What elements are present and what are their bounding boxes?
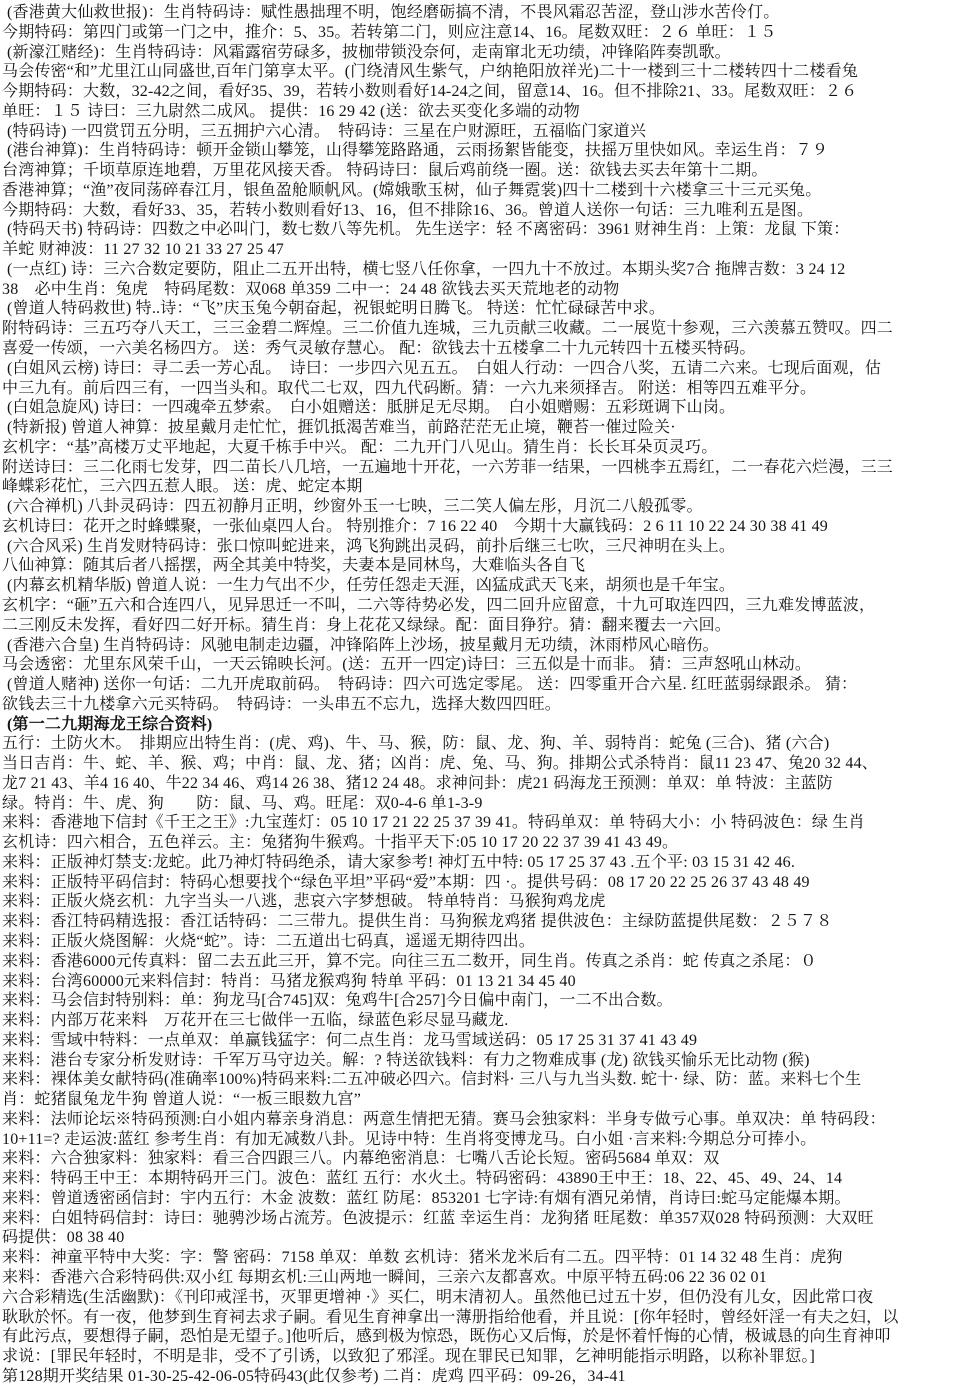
text-line: 来料：神童平特中大奖：字：警 密码：7158 单双：单数 玄机诗：猪米龙米后有二…	[2, 1248, 965, 1268]
text-line: 六合彩精选(生活幽默)：《刊印戒淫书，灭罪更增神 ·》买仁，明末清初人。虽然他已…	[2, 1288, 965, 1308]
text-line: 峰蝶彩花忙，三六四五惹人眼。 送：虎、蛇定本期	[2, 477, 965, 497]
text-line: 今期特码：大数，看好33、35，若转小数则看好13、16，但不排除16、36。曾…	[2, 201, 965, 221]
text-line: 马会透密：尤里东风荣千山，一天云锦映长河。(送：五开一四定)诗曰：三五似是十而非…	[2, 655, 965, 675]
text-line: 来料：特码王中王：本期特码开三门。波色：蓝红 五行：水火土。特码密码：43890…	[2, 1169, 965, 1189]
text-line: 来料：曾道透密函信封：宇内五行：木金 波数：蓝红 防尾：853201 七字诗:有…	[2, 1189, 965, 1209]
text-line: 来料：正版火烧图解：火烧“蛇”。诗：二五道出七码真，遥遥无期待四出。	[2, 932, 965, 952]
text-line: (白姐风云榜) 诗曰：寻二丢一芳心乱。 诗曰：一步四六见五五。 白姐人行动：一四…	[2, 359, 965, 379]
text-line: 当日吉肖：牛、蛇、羊、猴、鸡；中肖：鼠、龙、猪；凶肖：虎、兔、马、狗。排期公式杀…	[2, 754, 965, 774]
text-line: 来料：正版神灯禁支:龙蛇。此乃神灯特码绝杀，请大家参考! 神灯五中特: 05 1…	[2, 853, 965, 873]
text-line: 来料：正版特平码信封：特码心想要找个“绿色平坦”平码“爱”本期：四 ·。提供号码…	[2, 873, 965, 893]
text-line: 来料：白姐特码信封：诗曰：驰骋沙场占流芳。色波提示：红蓝 幸运生肖：龙狗猪 旺尾…	[2, 1209, 965, 1229]
text-line: 香港神算；“渔”夜同荡碎春江月，银鱼盈舱顺帆风。(嫦娥歌玉树，仙子舞霓裳)四十二…	[2, 181, 965, 201]
text-line: 喜爱一传颂，一六美名杨四方。 送：秀气灵敏存慧心。 配：欲钱去十五楼拿二十九元转…	[2, 339, 965, 359]
text-line: 耿耿於怀。有一夜，他梦到生育祠去求子嗣。看见生育神拿出一薄册指给他看，并且说：[…	[2, 1308, 965, 1328]
text-line: (特新报) 曾道人神算：披星戴月走忙忙，捱饥抵渴苦难当，前路茫茫无止境，鞭苔一催…	[2, 418, 965, 438]
text-line: (香港黄大仙救世报)：生肖特码诗：赋性愚拙理不明，饱经磨砺搞不清，不畏风霜忍苦涩…	[2, 3, 965, 23]
text-line: 玄机诗曰：花开之时蜂蝶聚，一张仙桌四人台。 特别推介：7 16 22 40 今期…	[2, 517, 965, 537]
text-line: (第一二九期海龙王综合资料)	[2, 715, 965, 735]
text-line: 求说：[罪民年轻时，不明是非，受不了引诱，以致犯了邪淫。现在罪民已知罪，乞神明能…	[2, 1347, 965, 1367]
text-line: (内幕玄机精华版) 曾道人说：一生力气出不少，任劳任怨走天涯，凶猛成武天飞来，胡…	[2, 576, 965, 596]
text-line: 码提供：08 38 40	[2, 1228, 965, 1248]
text-line: 来料：香港六合彩特码供:双小红 每期玄机:三山两地一瞬间，三亲六友都喜欢。中原平…	[2, 1268, 965, 1288]
text-line: (新濠江赌经)：生肖特码诗：风霜露宿劳碌多，披枷带锁没奈何，走南窜北无功绩，冲锋…	[2, 43, 965, 63]
text-line: 来料：香港6000元传真料：留二去五此三开，算不完。向往三五二数开，同生肖。传真…	[2, 952, 965, 972]
text-line: (一点红) 诗：三六合数定要防，阻止二五开出特，横七竖八任你拿，一四九十不放过。…	[2, 260, 965, 280]
text-line: 玄机字：“砸”五六和合连四八，见异思迁一不叫，二六等待势必发，四二回升应留意，十…	[2, 596, 965, 616]
text-line: (特码天书) 特码诗：四数之中必叫门，数七数八等先机。 先生送字：轻 不离密码：…	[2, 220, 965, 240]
text-line: 附送诗曰：三二化雨七发芽，四二苗长八几培，一五遍地十开花，一六芳菲一结果，一四桃…	[2, 458, 965, 478]
text-line: 附特码诗：三五巧夺八天工，三三金碧二辉煌。三二价值九连城，三九贡献三收藏。二一展…	[2, 319, 965, 339]
text-line: 来料：裸体美女献特码(准确率100%)特码来料:二五冲破必四六。信封料· 三八与…	[2, 1070, 965, 1090]
text-line: 台湾神算；千顷草原连地碧，万里花风接天香。 特码诗曰：鼠后鸡前绕一圈。送：欲钱去…	[2, 161, 965, 181]
text-line: 马会传密“和”尤里江山同盛世,百年门第享太平。(门绕清风生紫气，户纳艳阳放祥光)…	[2, 62, 965, 82]
text-line: 今期特码：大数，32-42之间，看好35、39，若转小数则看好14-24之间，留…	[2, 82, 965, 102]
text-line: 来料：香港地下信封《千王之王》:九宝莲灯：05 10 17 21 22 25 3…	[2, 813, 965, 833]
text-line: 来料：正版火烧玄机：九字当头一八逃，悲哀六字梦想破。 特单特肖：马猴狗鸡龙虎	[2, 892, 965, 912]
text-line: 八仙神算：随其后者八摇摆，两全其美中特奖，夫妻本是同林鸟，大难临头各自飞	[2, 556, 965, 576]
text-line: 玄机诗：四六相合，五色祥云。主：兔猪狗牛猴鸡。十指平天下:05 10 17 20…	[2, 833, 965, 853]
text-line: 有此污点，要想得子嗣，恐怕是无望子。]他听后，感到极为惊恐，既伤心又后悔，於是怀…	[2, 1327, 965, 1347]
text-line: 中三九有。前后四三有，一四当头和。取代二七双，四九代码断。猜：一六九来须择吉。 …	[2, 379, 965, 399]
text-line: (曾道人特码救世) 特..诗：“飞”庆玉兔今朝奋起，祝银蛇明日腾飞。 特送：忙忙…	[2, 299, 965, 319]
text-line: (香港六合皇) 生肖特码诗：风驰电制走边疆，冲锋陷阵上沙场，披星戴月无功绩，沐雨…	[2, 636, 965, 656]
text-line: 来料：六合独家料：独家料：看三合四跟三八。内幕绝密消息：七嘴八舌论长短。密码56…	[2, 1149, 965, 1169]
draw-result-line: 第128期开奖结果 01-30-25-42-06-05特码43(此仅参考) 二肖…	[2, 1367, 965, 1387]
text-line: 玄机字：“基”高楼万丈平地起，大夏千栋手中兴。 配：二九开门八见山。猜生肖：长长…	[2, 438, 965, 458]
text-line: 龙7 21 43、羊4 16 40、牛22 34 46、鸡14 26 38、猪1…	[2, 774, 965, 794]
text-line: 10+11=? 走运波:蓝红 参考生肖：有加无减数八卦。见诗中特：生肖将变博龙马…	[2, 1130, 965, 1150]
text-line: 来料：台湾60000元来料信封：特肖：马猪龙猴鸡狗 特单 平码：01 13 21…	[2, 972, 965, 992]
text-line: (六合风采) 生肖发财特码诗：张口惊叫蛇进来，鸿飞狗跳出灵码，前扑后继三七吹，三…	[2, 537, 965, 557]
text-line: 38 必中生肖：兔虎 特码尾数：双068 单359 二中一：24 48 欲钱去买…	[2, 280, 965, 300]
text-line: (白姐急旋风) 诗曰：一四魂牵五梦索。 白小姐赠送：胝胼足无尽期。 白小姐赠赐：…	[2, 398, 965, 418]
text-line: (特码诗) 一四赏罚五分明，三五拥护六心清。 特码诗：三星在户财源旺，五福临门家…	[2, 122, 965, 142]
text-line: 二三刚反未发挥，看好四二好开标。猜生肖：身上花花又绿绿。配：面目狰狞。猜：翻来覆…	[2, 616, 965, 636]
text-line: 今期特码：第四门或第一门之中，推介：5、35。若转第二门，则应注意14、16。尾…	[2, 23, 965, 43]
text-line: 来料：内部万花来料 万花开在三七做伴一五临，绿蓝色彩尽显马藏龙.	[2, 1011, 965, 1031]
text-line: 来料：香江特码精选报：香江话特码：二三带九。提供生肖：马狗猴龙鸡猪 提供波色：主…	[2, 912, 965, 932]
text-line: 五行：土防火木。 排期应出特生肖：(虎、鸡)、牛、马、猴，防：鼠、龙、狗、羊、弱…	[2, 734, 965, 754]
text-line: 来料：马会信封特别料：单：狗龙马[合745]双：兔鸡牛[合257]今日偏中南门，…	[2, 991, 965, 1011]
text-line: 欲钱去三十九楼拿六元买特码。 特码诗：一头串五不忘九，选择大数四四旺。	[2, 695, 965, 715]
text-line: 羊蛇 财神波：11 27 32 10 21 33 27 25 47	[2, 240, 965, 260]
text-line: 肖：蛇猪鼠兔龙牛狗 曾道人说：“一板三眼数九宫”	[2, 1090, 965, 1110]
text-line: 来料：雪域中特料：一点单双：单赢钱猛字：何二点生肖：龙马雪域送码：05 17 2…	[2, 1031, 965, 1051]
text-line: 单旺：１５ 诗曰：三九尉然二成风。 提供：16 29 42 (送：欲去买变化多端…	[2, 102, 965, 122]
text-line: (港台神算)：生肖特码诗：顿开金锁山攀笼，山得攀笼路路通，云雨扬絮皆能变，扶摇万…	[2, 141, 965, 161]
text-line: 来料：港台专家分析发财诗：千军万马守边关。解：? 特送欲钱料：有力之物难成事 (…	[2, 1051, 965, 1071]
text-line: (曾道人赌神) 送你一句话：二九开虎取前码。 特码诗：四六可选定零尾。 送：四零…	[2, 675, 965, 695]
text-line: 绿。特肖：牛、虎、狗 防：鼠、马、鸡。旺尾：双0-4-6 单1-3-9	[2, 794, 965, 814]
text-line: 来料：法师论坛※特码预测:白小姐内幕亲身消息：两意生情把无猜。赛马会独家料：半身…	[2, 1110, 965, 1130]
text-line: (六合禅机) 八卦灵码诗：四五初静月正明，纱窗外玉一七映，三二笑人偏左彤，月沉二…	[2, 497, 965, 517]
document-page: (香港黄大仙救世报)：生肖特码诗：赋性愚拙理不明，饱经磨砺搞不清，不畏风霜忍苦涩…	[0, 0, 967, 1388]
